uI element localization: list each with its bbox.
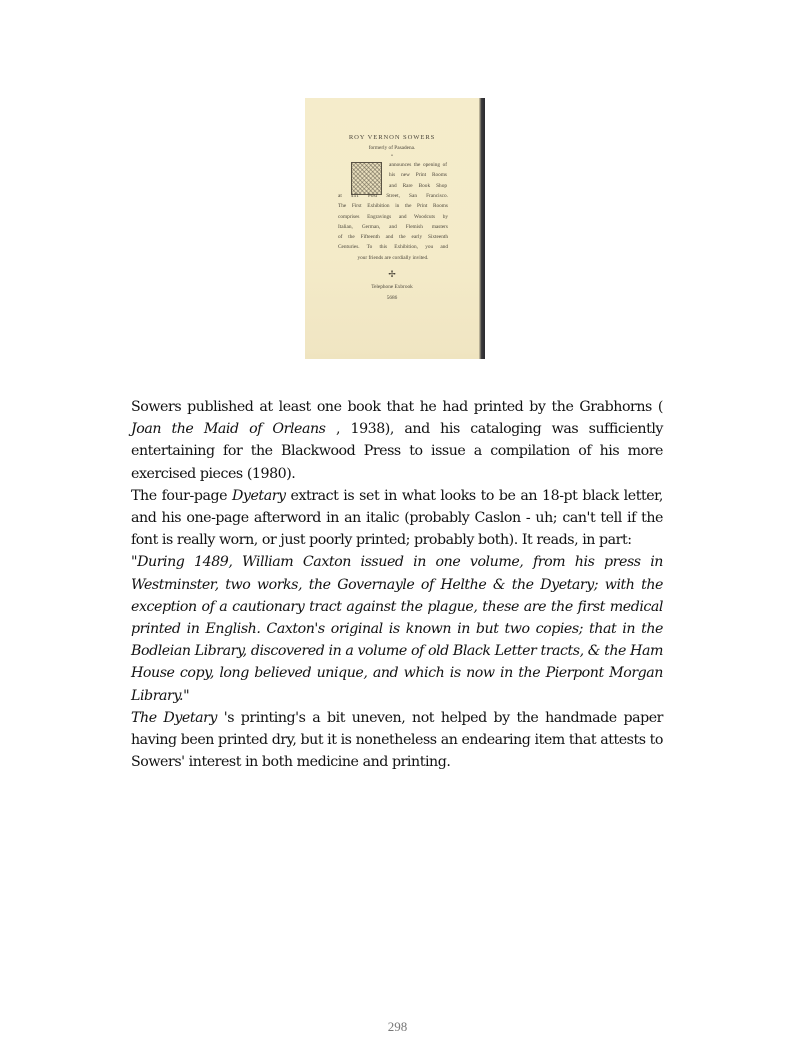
card-line: Centuries. To this Exhibition, you and <box>338 242 448 252</box>
card-line: your friends are cordially invited. <box>338 253 448 263</box>
card-line: comprises Engravings and Woodcuts by <box>338 212 448 222</box>
card-line: The First Exhibition in the Print Rooms <box>338 201 448 211</box>
text-run: Sowers published at least one book that … <box>131 399 663 415</box>
book-title: Joan the Maid of Orleans <box>131 421 326 437</box>
ornament-dot-icon: • <box>305 154 479 159</box>
card-line: of the Fifteenth and the early Sixteenth <box>338 232 448 242</box>
book-title: The Dyetary <box>131 710 217 726</box>
paragraph-closing: The Dyetary 's printing's a bit uneven, … <box>131 707 663 774</box>
card-line: Italian, German, and Flemish masters <box>338 222 448 232</box>
card-body-indented: announces the opening of his new Print R… <box>389 160 447 191</box>
card-line: announces the opening of <box>389 160 447 170</box>
card-title: ROY VERNON SOWERS <box>305 134 479 141</box>
text-run: The four-page <box>131 488 232 504</box>
paragraph-dyetary: The four-page Dyetary extract is set in … <box>131 485 663 552</box>
card-body: at 451 Post Street, San Francisco. The F… <box>338 191 448 263</box>
card-line: at 451 Post Street, San Francisco. <box>338 191 448 201</box>
page-number: 298 <box>0 1019 795 1035</box>
card-telephone-label: Telephone Exbrook <box>305 284 479 290</box>
paragraph-grabhorns: Sowers published at least one book that … <box>131 396 663 485</box>
block-quote: "During 1489, William Caxton issued in o… <box>131 551 663 706</box>
body-text: Sowers published at least one book that … <box>131 396 663 773</box>
card-line: and Rare Book Shop <box>389 181 447 191</box>
card-line: his new Print Rooms <box>389 170 447 180</box>
announcement-card-image: ROY VERNON SOWERS formerly of Pasadena. … <box>305 98 485 359</box>
card-telephone-number: 5686 <box>305 295 479 301</box>
book-title: Dyetary <box>232 488 286 504</box>
card-deckle-edge <box>479 98 485 359</box>
cross-ornament-icon: ✢ <box>305 269 479 280</box>
card-subtitle: formerly of Pasadena. <box>305 145 479 151</box>
card-paper-shadow <box>305 349 485 359</box>
